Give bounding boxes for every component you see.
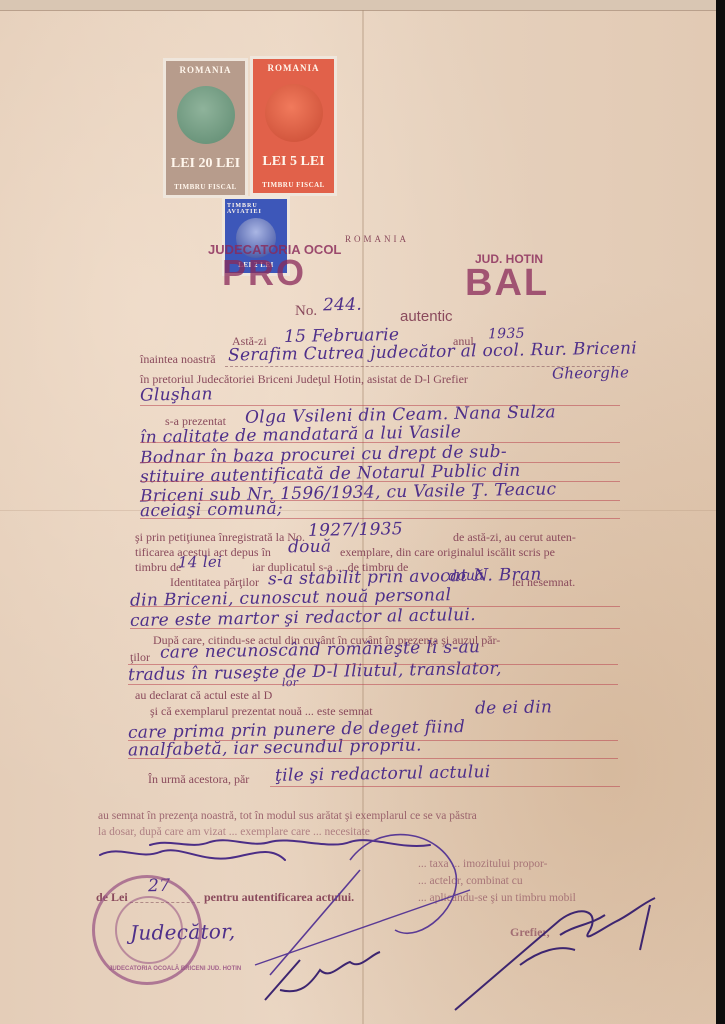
large-loop-stroke [350,835,456,934]
signatures-and-strokes [0,0,725,1024]
greffier-signature-icon [455,898,655,1010]
cancellation-scribble-icon [100,840,430,860]
party-signature-icon [265,952,380,1000]
